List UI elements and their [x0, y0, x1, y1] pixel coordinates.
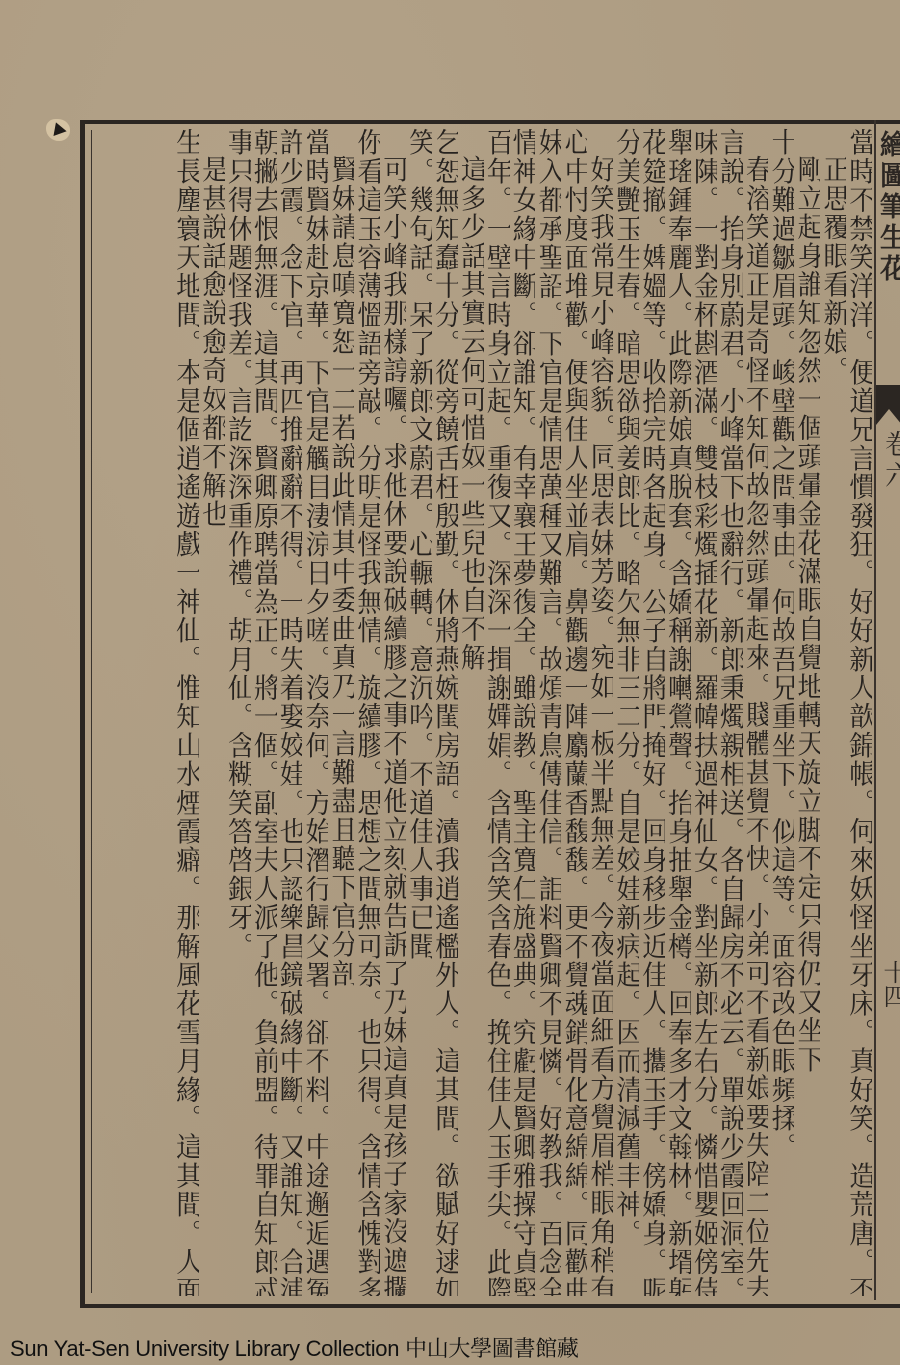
text-column: 可笑小峰我那樣諄囑。求他休要說破續膠之事不道他立刻就告訴了乃妹這真是孩子家沒遮攔… [380, 128, 406, 1296]
volume-label: 卷六 [876, 430, 900, 492]
text-column: 是甚說話愈說愈奇奴都不解也 [199, 128, 225, 1296]
library-credit: Sun Yat-Sen University Library Collectio… [10, 1332, 579, 1363]
text-column: 賢妹請息嗔寬恕一二若說此情其中委曲真乃一言難盡且聽下官分剖 [328, 128, 354, 1296]
book-title: 繪圖筆生花 [876, 130, 900, 285]
text-column: 笑。幾句話。呆了新郎文蔚君。心輾轉。意沉吟。不道佳人事已聞 [406, 128, 432, 1296]
text-column: 當時不禁笑洋洋。便道兄言慣發狂。好好新人歆錦帳。何來妖怪坐牙床。真好笑。造荒唐。… [846, 128, 872, 1296]
center-fold-rule [874, 120, 876, 1300]
text-column: 花筵撤。婢媼等。收拾完時各起身。公子自將門掩好。回身移步近佳人。攜玉手。傍嬌身。… [639, 128, 665, 1296]
folio-number: 十四 [876, 960, 900, 1008]
page-tear-mark [46, 119, 70, 141]
text-column: 情神女緣中斷。卻誰知。有幸襄王夢復全。雖說教。聖主寬仁施盛典。究虧是賢卿雅操守貞… [510, 128, 536, 1296]
text-column: 分美艷玉生春。暗思欲與姜郎比。略欠無非三二分。自是姣娃新病起。因而清減舊丰神。 [613, 128, 639, 1296]
text-column: 許少霞。念下官。再四推辭辭不得。一時失着娶姣娃。也只認樂昌鏡破緣中斷。又誰知。合… [277, 128, 303, 1296]
scanned-page: 繪圖筆生花 卷六 十四 當時不禁笑洋洋。便道兄言慣發狂。好好新人歆錦帳。何來妖怪… [0, 0, 900, 1365]
text-body: 當時不禁笑洋洋。便道兄言慣發狂。好好新人歆錦帳。何來妖怪坐牙床。真好笑。造荒唐。… [94, 128, 872, 1296]
text-column: 剛立起身誰知忽然一個頭暈金花滿眼自覺地轉天旋立脚不定只得仍又坐下 [794, 128, 820, 1296]
text-column: 百年。一壁言時身立起。重復又。深深一揖謝嬋娟。含情含笑含春色。挽住佳人玉手尖。此… [484, 128, 510, 1296]
text-column: 乞恕無知蠢十分。從旁饒舌枉殷勤。休將燕婉閨房語。瀆我逍遙檻外人。這其間。欲賦好逑… [432, 128, 458, 1296]
text-column: 妹入都承聖詔。下官是情思萬種又難言。故煩青鳥傳佳信。詎料賢卿不見憐。好教我。百念… [535, 128, 561, 1296]
text-column: 你看這玉容薄慍語旁敲。分明是怪我無情。旋續膠。思想之間無可奈。也只得。含情含愧對… [354, 128, 380, 1296]
text-column: 當時賢妹赴京華。下官是觸目淒涼日夕嗟。沒奈何。方始潛行歸父署。卻不料。中途邂逅遇… [302, 128, 328, 1296]
text-column: 這多少話其實云何可惜奴一些兒也自不解 [458, 128, 484, 1296]
text-column: 正思覆眼看新娘。 [820, 128, 846, 1296]
text-column: 十分難過皺眉頭。峻壁觀之問事由。何故吾兄重坐下。似這等。面容改色眼頻揉。 [768, 128, 794, 1296]
text-column: 朝撇去恨無涯。這其間。賢卿原聘當為正。將一個。副室夫人派了他。負前盟。待罪自知郎… [251, 128, 277, 1296]
text-column: 舉瑤鍾奉麗人。此際新娘真脫套。含嬌稱謝囀鶯聲。抬身抽舉金樽。回奉多才文翰林。新壻… [665, 128, 691, 1296]
text-column: 事只得休題怪我差。言訖深深重作禮。胡月仙。含糊笑答啓銀牙。 [225, 128, 251, 1296]
text-column: 生長塵寰天地間。本是個逍遙遊戲一神仙。惟知山水煙霞癖。那解風花雪月緣。這其間。人… [173, 128, 199, 1296]
text-column: 春溶笑道正是奇怪不知何故忽然頭暈起來。賤體甚覺不快。小弟可不看新娘要失陪二位先去… [743, 128, 769, 1296]
text-column: 言說。抬身別蔚君。小峰當下也辭行。新郎秉燭親相送。各自歸房不必云。單說少霞回洞室… [717, 128, 743, 1296]
text-column: 心中忖度面堆歡。便與佳人坐並肩。鼻觀邊一陣麝蘭香馥馥。更不覺魂銷骨化意綿綿。同歡… [561, 128, 587, 1296]
text-column: 味陳。一對金杯斟酒滿。雙枝彩燭插花新。羅幃扶過神仙女。對坐新郎左右分。憐惜嬰姬傍… [691, 128, 717, 1296]
text-column: 好笑我常見小峰容貌。同思表妹芳姿。宛如一板半點無差。今夜當面細看方覺眉梢眼角稍有… [587, 128, 613, 1296]
